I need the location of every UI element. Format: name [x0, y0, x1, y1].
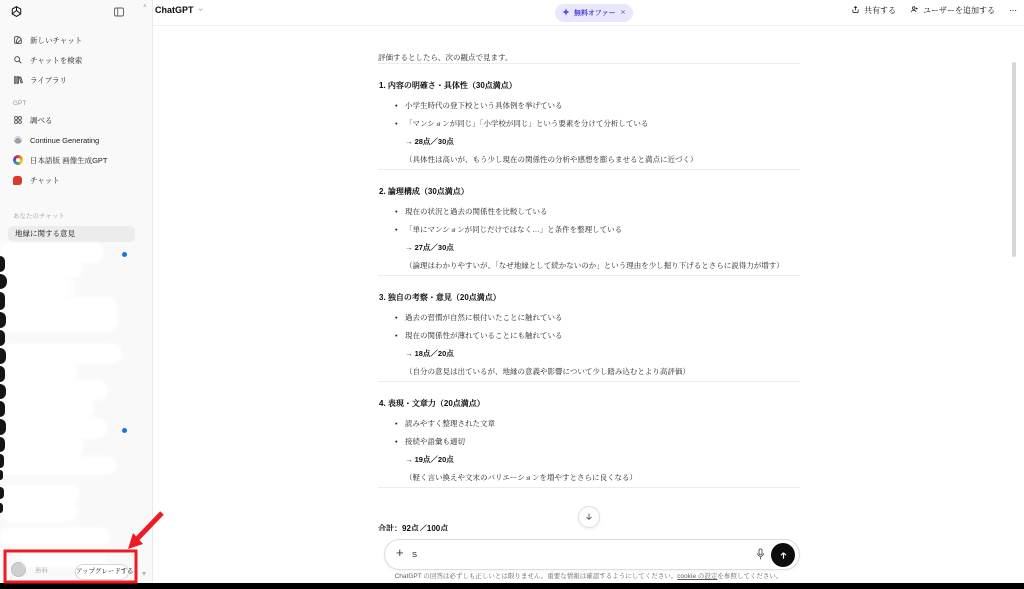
redaction-ink-mark: [0, 348, 6, 364]
score-section-1: 1. 内容の明確さ・具体性（30点満点） 小学生時代の登下校という具体例を挙げて…: [378, 80, 800, 170]
redacted-chat-item[interactable]: [2, 244, 102, 261]
divider: [378, 381, 800, 382]
scroll-to-bottom-button[interactable]: [578, 506, 600, 528]
sidebar-scroll-down-icon[interactable]: ▾: [142, 569, 146, 578]
note-line: （具体性は高いが、もう少し現在の関係性の分析や感想を膨らませると満点に近づく）: [378, 151, 800, 169]
bullet-item: 読みやすく整理された文章: [378, 415, 800, 433]
divider: [378, 63, 800, 64]
model-selector-label: ChatGPT: [155, 5, 194, 15]
score-section-3: 3. 独自の考察・意見（20点満点） 過去の習慣が自然に根付いたことに触れている…: [378, 292, 800, 382]
score-line: → 27点／30点: [378, 239, 800, 257]
sidebar-item-library[interactable]: ライブラリ: [0, 70, 152, 90]
note-line: （論理はわかりやすいが、「なぜ地縁として続かないのか」という理由を少し掘り下げる…: [378, 257, 800, 275]
divider: [378, 169, 800, 170]
score-line: → 18点／20点: [378, 345, 800, 363]
sidebar-item-continue-generating[interactable]: Continue Generating: [0, 130, 152, 150]
section-heading: 4. 表現・文章力（20点満点）: [379, 398, 800, 410]
more-options-button[interactable]: ⋯: [1009, 6, 1017, 15]
score-section-4: 4. 表現・文章力（20点満点） 読みやすく整理された文章 接続や語彙も適切 →…: [378, 398, 800, 488]
sidebar-item-new-chat[interactable]: 新しいチャット: [0, 30, 152, 50]
section-heading: 1. 内容の明確さ・具体性（30点満点）: [379, 80, 800, 92]
assistant-message: 評価するとしたら、次の観点で見ます。 1. 内容の明確さ・具体性（30点満点） …: [378, 30, 800, 488]
bullet-item: 接続や語彙も適切: [378, 433, 800, 451]
sidebar-item-label: 調べる: [30, 115, 53, 126]
sidebar-item-label: チャットを検索: [30, 55, 82, 66]
free-offer-label: 無料オファー: [574, 8, 616, 18]
redaction-ink-mark: [0, 366, 5, 382]
score-section-2: 2. 論理構成（30点満点） 現在の状況と過去の関係性を比較している 「単にマン…: [378, 186, 800, 276]
sidebar-item-explore-gpts[interactable]: 調べる: [0, 110, 152, 130]
redacted-chat-item[interactable]: [3, 363, 76, 380]
sidebar-item-label: チャット: [30, 175, 60, 186]
message-input[interactable]: + S: [384, 539, 800, 570]
input-value: S: [412, 550, 417, 559]
sidebar-header: ▴: [0, 0, 152, 26]
divider: [378, 487, 800, 488]
score-line: → 28点／30点: [378, 133, 800, 151]
redaction-ink-mark: [0, 330, 5, 346]
redaction-ink-mark: [0, 454, 4, 468]
share-button[interactable]: 共有する: [851, 5, 896, 16]
attach-plus-icon[interactable]: +: [396, 545, 404, 560]
share-icon: [851, 5, 860, 16]
section-heading: 3. 独自の考察・意見（20点満点）: [379, 292, 800, 304]
redacted-chat-item[interactable]: [2, 345, 120, 362]
share-label: 共有する: [864, 5, 896, 16]
redacted-chat-item[interactable]: [1, 400, 93, 417]
redaction-ink-mark: [0, 292, 5, 310]
redaction-ink-mark: [0, 470, 3, 480]
sparkle-icon: [562, 8, 570, 18]
sidebar-item-label: Continue Generating: [30, 136, 99, 145]
sidebar-section-gpt: GPT: [0, 90, 152, 110]
disclaimer-suffix: を参照してください。: [717, 573, 782, 580]
model-selector[interactable]: ChatGPT: [155, 5, 204, 15]
sidebar-item-image-gen-gpt[interactable]: 日本語版 画像生成GPT: [0, 150, 152, 170]
unread-dot: [122, 428, 127, 433]
bullet-item: 小学生時代の登下校という具体例を挙げている: [378, 97, 800, 115]
library-icon: [12, 75, 23, 85]
score-line: → 19点／20点: [378, 451, 800, 469]
gpts-grid-icon: [12, 115, 23, 125]
divider: [378, 275, 800, 276]
cookie-settings-link[interactable]: cookie の設定: [677, 573, 717, 580]
sidebar-scroll-up-icon[interactable]: ▴: [143, 1, 147, 9]
disclaimer: ChatGPT の回答は必ずしも正しいとは限りません。重要な情報は確認するように…: [153, 571, 1024, 580]
sidebar-item-label: 日本語版 画像生成GPT: [30, 155, 108, 166]
sidebar: ▴ 新しいチャット チャットを検索 ライブラリ GPT 調べる Continue…: [0, 0, 153, 589]
unread-dot: [122, 252, 127, 257]
add-user-label: ユーザーを追加する: [923, 5, 995, 16]
new-chat-icon: [12, 35, 23, 45]
redacted-chat-item[interactable]: [2, 262, 80, 277]
redacted-chat-item[interactable]: [2, 419, 106, 437]
bottom-black-bar: [0, 583, 1024, 589]
image-gen-gpt-icon: [12, 155, 23, 165]
redacted-chat-item[interactable]: [2, 279, 72, 297]
search-icon: [12, 55, 23, 65]
bullet-item: 「単にマンションが同じだけではなく…」と条件を整理している: [378, 221, 800, 239]
redacted-chat-item[interactable]: [2, 299, 116, 330]
free-offer-badge[interactable]: 無料オファー: [555, 4, 633, 22]
sidebar-item-search-chats[interactable]: チャットを検索: [0, 50, 152, 70]
sidebar-item-label: 新しいチャット: [30, 35, 82, 46]
redacted-chat-item[interactable]: [2, 458, 115, 473]
close-icon[interactable]: [620, 9, 626, 17]
section-heading: 2. 論理構成（30点満点）: [379, 186, 800, 198]
continue-generating-gpt-icon: [12, 135, 23, 145]
toggle-sidebar-icon[interactable]: [113, 5, 125, 23]
chat-mascot-icon: [12, 176, 23, 185]
bullet-item: 「マンションが同じ」「小学校が同じ」という要素を分けて分析している: [378, 115, 800, 133]
microphone-icon[interactable]: [756, 547, 765, 567]
add-user-button[interactable]: ユーザーを追加する: [910, 5, 995, 16]
redaction-ink-mark: [0, 401, 5, 417]
message-intro: 評価するとしたら、次の観点で見ます。: [378, 52, 800, 63]
scrollbar-thumb[interactable]: [1012, 62, 1016, 257]
bullet-item: 現在の状況と過去の関係性を比較している: [378, 203, 800, 221]
sidebar-chat-item-selected[interactable]: 地縁に関する意見: [8, 226, 135, 242]
disclaimer-text: ChatGPT の回答は必ずしも正しいとは限りません。重要な情報は確認するように…: [395, 573, 678, 580]
send-button[interactable]: [771, 543, 795, 567]
bullet-item: 過去の習慣が自然に根付いたことに触れている: [378, 309, 800, 327]
arrow-up-icon: [778, 550, 789, 561]
bullet-item: 現在の関係性が薄れていることにも触れている: [378, 327, 800, 345]
redacted-chat-item[interactable]: [2, 529, 108, 544]
sidebar-item-label: ライブラリ: [30, 75, 67, 86]
redacted-chat-item[interactable]: [2, 487, 78, 501]
note-line: （軽く言い換えや文末のバリエーションを増やすとさらに良くなる）: [378, 469, 800, 487]
upgrade-button[interactable]: アップグレードする: [75, 564, 129, 580]
redacted-chat-item[interactable]: [2, 438, 82, 456]
redaction-ink-mark: [0, 256, 5, 272]
sidebar-section-your-chats: あなたのチャット: [13, 211, 65, 220]
header-actions: 共有する ユーザーを追加する ⋯: [851, 5, 1017, 16]
sidebar-item-chat-gpt[interactable]: チャット: [0, 170, 152, 190]
chatgpt-logo-icon: [10, 5, 23, 23]
arrow-down-icon: [584, 512, 594, 522]
add-user-icon: [910, 5, 919, 16]
redacted-chat-item[interactable]: [2, 382, 106, 399]
chevron-down-icon: [197, 5, 204, 15]
avatar[interactable]: [11, 562, 26, 577]
redaction-ink-mark: [0, 503, 3, 513]
redacted-chat-item[interactable]: [2, 503, 76, 520]
note-line: （自分の意見は出ているが、地縁の意義や影響について少し踏み込むとより高評価）: [378, 363, 800, 381]
